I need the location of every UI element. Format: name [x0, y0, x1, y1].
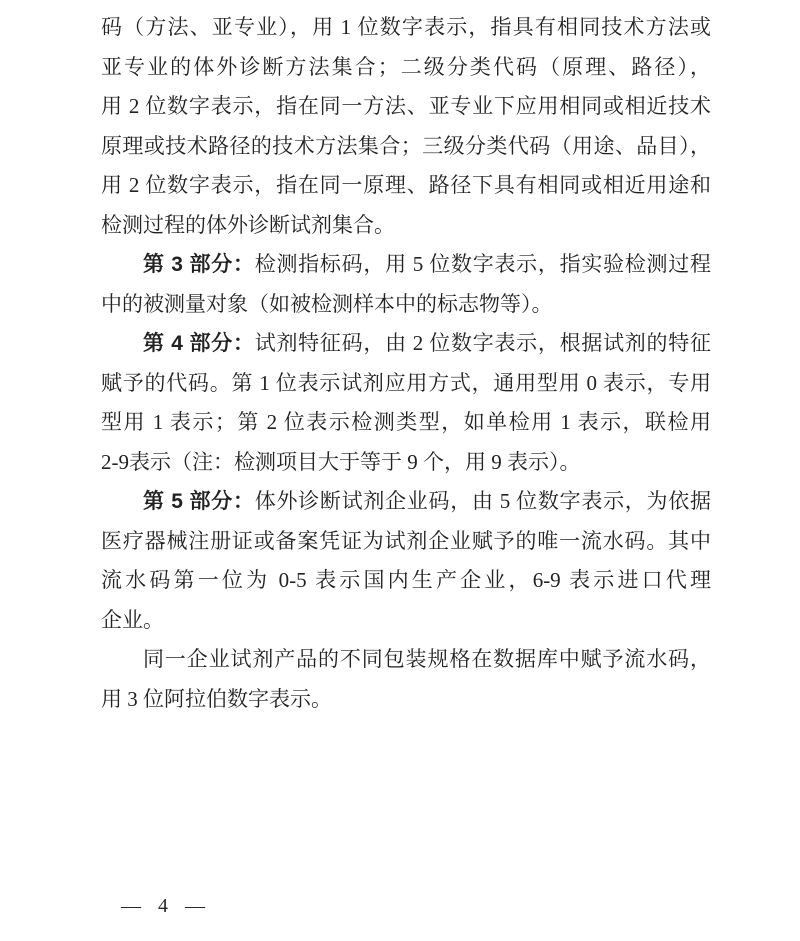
text-line: 用 3 位阿拉伯数字表示。: [101, 680, 711, 720]
text-line: 用 2 位数字表示，指在同一方法、亚专业下应用相同或相近技术: [101, 87, 711, 127]
text-line: 型用 1 表示；第 2 位表示检测类型，如单检用 1 表示，联检用: [101, 403, 711, 443]
text-line: 亚专业的体外诊断方法集合；二级分类代码（原理、路径），: [101, 48, 711, 88]
page-number-label: — 4 —: [121, 895, 206, 918]
section-label: 第 4 部分：: [143, 332, 255, 355]
text-line: 医疗器械注册证或备案凭证为试剂企业赋予的唯一流水码。其中: [101, 522, 711, 562]
text-line: 2-9表示（注：检测项目大于等于 9 个，用 9 表示）。: [101, 443, 711, 483]
text-run: 试剂特征码，由 2 位数字表示，根据试剂的特征: [255, 331, 711, 355]
paragraph: 码（方法、亚专业），用 1 位数字表示，指具有相同技术方法或 亚专业的体外诊断方…: [101, 8, 711, 245]
paragraph: 同一企业试剂产品的不同包装规格在数据库中赋予流水码， 用 3 位阿拉伯数字表示。: [101, 640, 711, 719]
paragraph: 第 5 部分：体外诊断试剂企业码，由 5 位数字表示，为依据 医疗器械注册证或备…: [101, 482, 711, 640]
text-run: 体外诊断试剂企业码，由 5 位数字表示，为依据: [255, 489, 711, 513]
text-line: 赋予的代码。第 1 位表示试剂应用方式，通用型用 0 表示，专用: [101, 364, 711, 404]
text-line: 第 3 部分：检测指标码，用 5 位数字表示，指实验检测过程: [101, 245, 711, 285]
text-line: 第 4 部分：试剂特征码，由 2 位数字表示，根据试剂的特征: [101, 324, 711, 364]
text-line: 原理或技术路径的技术方法集合；三级分类代码（用途、品目），: [101, 127, 711, 167]
text-line: 第 5 部分：体外诊断试剂企业码，由 5 位数字表示，为依据: [101, 482, 711, 522]
document-body: 码（方法、亚专业），用 1 位数字表示，指具有相同技术方法或 亚专业的体外诊断方…: [101, 8, 711, 719]
text-line: 检测过程的体外诊断试剂集合。: [101, 206, 711, 246]
section-label: 第 3 部分：: [143, 253, 255, 276]
text-line: 码（方法、亚专业），用 1 位数字表示，指具有相同技术方法或: [101, 8, 711, 48]
text-line: 企业。: [101, 601, 711, 641]
text-line: 中的被测量对象（如被检测样本中的标志物等）。: [101, 285, 711, 325]
text-line: 用 2 位数字表示，指在同一原理、路径下具有相同或相近用途和: [101, 166, 711, 206]
text-line: 流水码第一位为 0-5 表示国内生产企业，6-9 表示进口代理: [101, 561, 711, 601]
document-page: 码（方法、亚专业），用 1 位数字表示，指具有相同技术方法或 亚专业的体外诊断方…: [0, 0, 800, 941]
paragraph: 第 4 部分：试剂特征码，由 2 位数字表示，根据试剂的特征 赋予的代码。第 1…: [101, 324, 711, 482]
text-line: 同一企业试剂产品的不同包装规格在数据库中赋予流水码，: [101, 640, 711, 680]
section-label: 第 5 部分：: [143, 490, 255, 513]
paragraph: 第 3 部分：检测指标码，用 5 位数字表示，指实验检测过程 中的被测量对象（如…: [101, 245, 711, 324]
text-run: 检测指标码，用 5 位数字表示，指实验检测过程: [255, 252, 711, 276]
